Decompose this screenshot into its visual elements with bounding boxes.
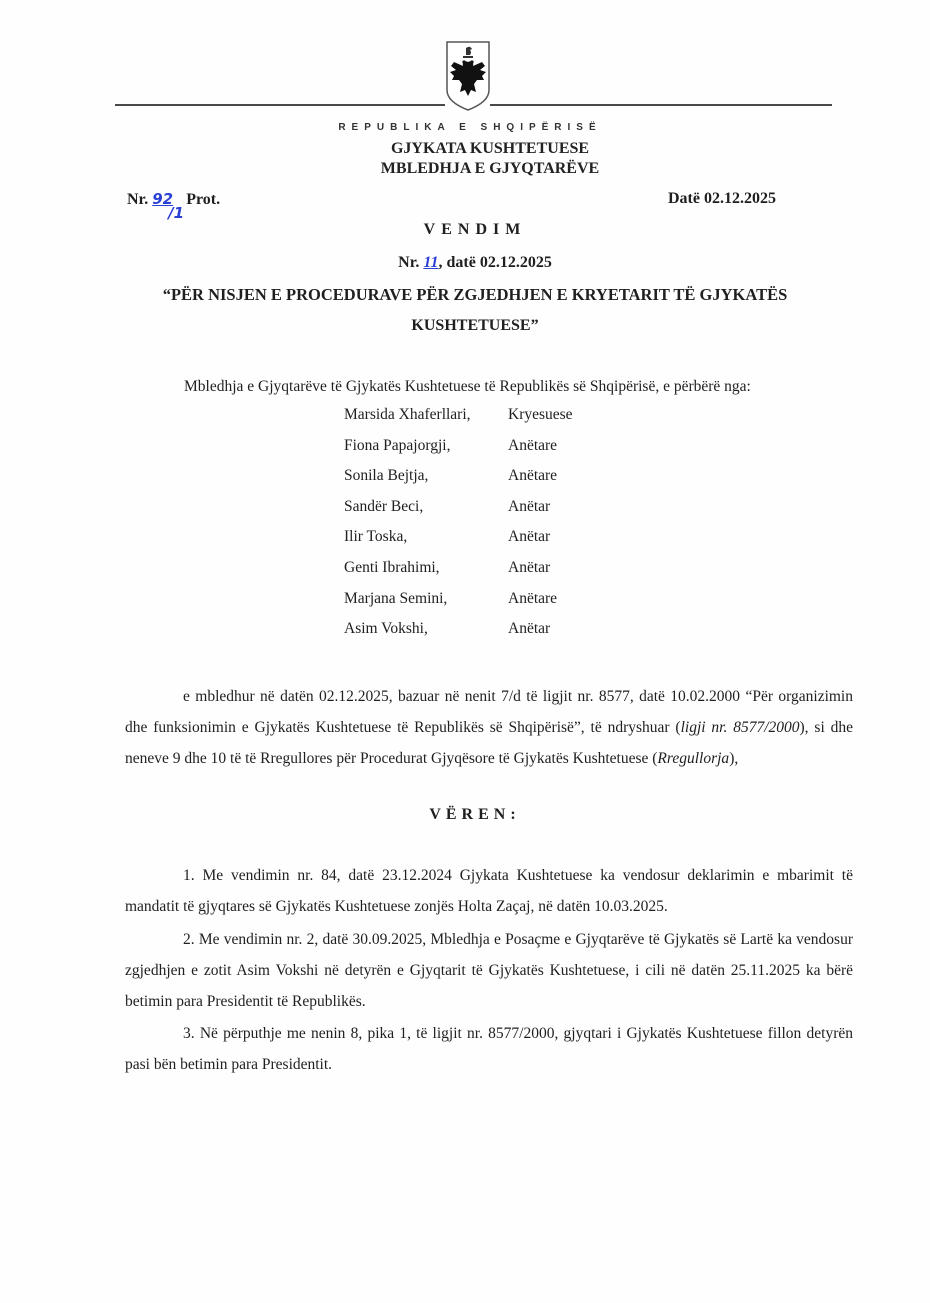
law-reference: ligji nr. 8577/2000 (681, 719, 800, 736)
court-name: GJYKATA KUSHTETUESE (0, 140, 930, 158)
header-rule-right (490, 104, 832, 106)
document-date: Datë 02.12.2025 (668, 190, 776, 208)
member-row: Fiona Papajorgji,Anëtare (344, 437, 573, 468)
member-row: Marsida Xhaferllari,Kryesuese (344, 406, 573, 437)
member-role: Anëtare (508, 437, 557, 468)
decision-number: Nr. 11, datë 02.12.2025 (0, 254, 930, 272)
member-name: Sandër Beci, (344, 498, 508, 529)
member-name: Marjana Semini, (344, 590, 508, 621)
header-rule-left (115, 104, 445, 106)
coat-of-arms-icon (444, 40, 492, 112)
member-role: Anëtare (508, 590, 557, 621)
member-role: Anëtar (508, 498, 550, 529)
decision-subject-line-2: KUSHTETUESE” (0, 317, 930, 335)
member-row: Sandër Beci,Anëtar (344, 498, 573, 529)
assembly-name: MBLEDHJA E GJYQTARËVE (0, 160, 930, 178)
member-role: Kryesuese (508, 406, 573, 437)
decision-date: , datë 02.12.2025 (438, 254, 551, 271)
member-row: Ilir Toska,Anëtar (344, 528, 573, 559)
member-name: Ilir Toska, (344, 528, 508, 559)
member-role: Anëtar (508, 559, 550, 590)
republic-label: REPUBLIKA E SHQIPËRISË (0, 122, 930, 133)
findings-title: VËREN: (0, 806, 930, 824)
member-name: Sonila Bejtja, (344, 467, 508, 498)
document-page: REPUBLIKA E SHQIPËRISË GJYKATA KUSHTETUE… (0, 0, 930, 1303)
finding-item-3: 3. Në përputhje me nenin 8, pika 1, të l… (125, 1018, 853, 1080)
member-role: Anëtare (508, 467, 557, 498)
handwritten-protocol-number: 92/1 (152, 190, 186, 208)
protocol-prefix: Nr. (127, 191, 148, 208)
member-name: Fiona Papajorgji, (344, 437, 508, 468)
member-role: Anëtar (508, 620, 550, 651)
decision-subject-line-1: “PËR NISJEN E PROCEDURAVE PËR ZGJEDHJEN … (0, 285, 930, 305)
regulation-reference: Rregullorja (657, 750, 729, 767)
member-role: Anëtar (508, 528, 550, 559)
member-row: Sonila Bejtja,Anëtare (344, 467, 573, 498)
member-name: Asim Vokshi, (344, 620, 508, 651)
member-row: Marjana Semini,Anëtare (344, 590, 573, 621)
handwritten-decision-number: 11 (423, 254, 438, 271)
decision-title: VENDIM (0, 221, 930, 239)
member-row: Genti Ibrahimi,Anëtar (344, 559, 573, 590)
member-name: Marsida Xhaferllari, (344, 406, 508, 437)
finding-item-2: 2. Me vendimin nr. 2, datë 30.09.2025, M… (125, 924, 853, 1017)
protocol-suffix: Prot. (186, 191, 220, 208)
member-name: Genti Ibrahimi, (344, 559, 508, 590)
member-row: Asim Vokshi,Anëtar (344, 620, 573, 651)
decision-number-prefix: Nr. (398, 254, 419, 271)
main-paragraph: e mbledhur në datën 02.12.2025, bazuar n… (125, 681, 853, 774)
handwritten-subnumber: /1 (168, 204, 184, 222)
members-list: Marsida Xhaferllari,KryesueseFiona Papaj… (344, 406, 573, 651)
protocol-number: Nr. 92/1Prot. (127, 190, 220, 209)
finding-item-1: 1. Me vendimin nr. 84, datë 23.12.2024 G… (125, 860, 853, 922)
composition-intro: Mbledhja e Gjyqtarëve të Gjykatës Kushte… (184, 378, 751, 396)
main-paragraph-text-3: ), (729, 750, 738, 767)
